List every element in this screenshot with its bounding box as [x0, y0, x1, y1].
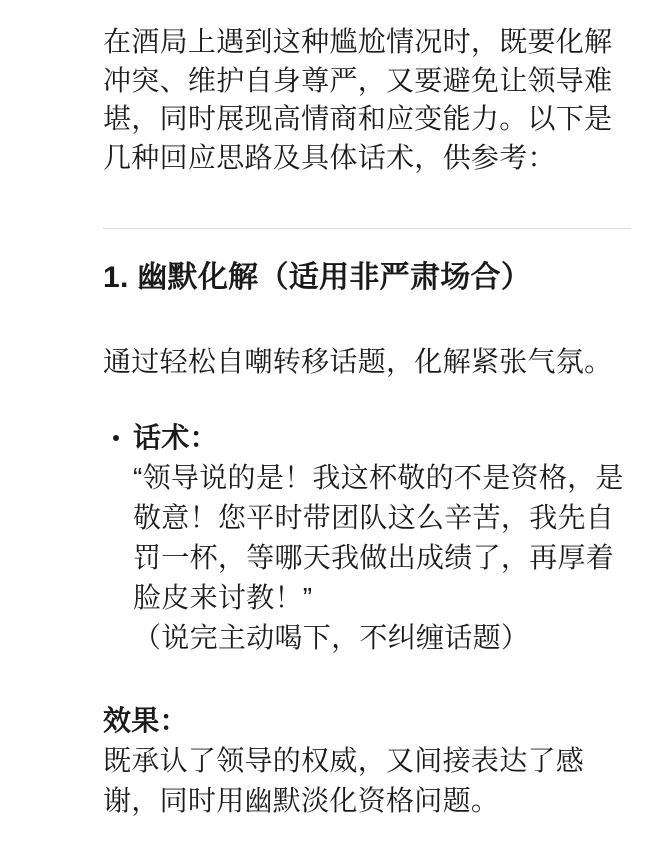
section-summary: 通过轻松自嘲转移话题，化解紧张气氛。 [103, 342, 635, 382]
effect-paragraph: 既承认了领导的权威，又间接表达了感 谢，同时用幽默淡化资格问题。 [103, 741, 635, 821]
script-list-item: 话术： “领导说的是！我这杯敬的不是资格，是 敬意！您平时带团队这么辛苦，我先自… [103, 418, 635, 658]
chat-response-body: 在酒局上遇到这种尴尬情况时，既要化解 冲突、维护自身尊严，又要避免让领导难 堪，… [103, 23, 635, 821]
script-quote: “领导说的是！我这杯敬的不是资格，是 敬意！您平时带团队这么辛苦，我先自 罚一杯… [133, 458, 635, 658]
effect-block: 效果： 既承认了领导的权威，又间接表达了感 谢，同时用幽默淡化资格问题。 [103, 701, 635, 821]
section-heading: 1. 幽默化解（适用非严肃场合） [103, 257, 635, 299]
bullet-icon [113, 435, 119, 441]
script-label: 话术： [133, 418, 635, 458]
intro-paragraph: 在酒局上遇到这种尴尬情况时，既要化解 冲突、维护自身尊严，又要避免让领导难 堪，… [103, 23, 635, 177]
effect-label: 效果： [103, 701, 635, 741]
section-divider [103, 228, 631, 229]
